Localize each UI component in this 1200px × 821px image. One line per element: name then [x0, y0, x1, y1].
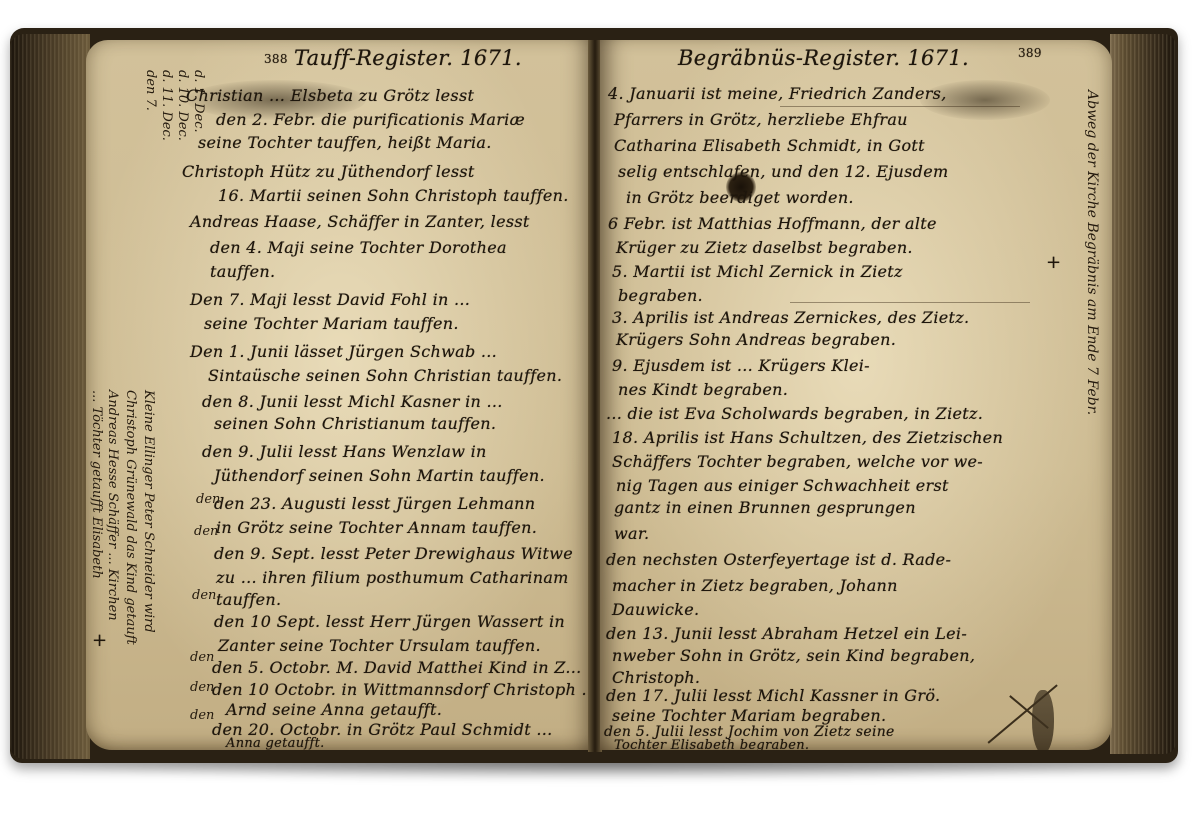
register-line: in Grötz seine Tochter Annam tauffen.: [216, 518, 537, 537]
register-line: den 8. Junii lesst Michl Kasner in ...: [202, 392, 503, 411]
faint-rule: [780, 106, 1020, 107]
register-line: war.: [614, 524, 649, 543]
margin-vertical-note: Andreas Hesse Schäffer ... Kirchen: [105, 390, 120, 621]
register-line: den 10 Octobr. in Wittmannsdorf Christop…: [212, 680, 594, 699]
stain-drip: [1032, 690, 1054, 750]
margin-date: den 7.: [143, 70, 158, 111]
register-line: Pfarrers in Grötz, herzliebe Ehfrau: [614, 110, 908, 129]
entry-prefix: den: [192, 588, 216, 603]
register-line: 16. Martii seinen Sohn Christoph tauffen…: [218, 186, 569, 205]
register-line: den 2. Febr. die purificationis Mariæ: [216, 110, 525, 129]
register-line: Catharina Elisabeth Schmidt, in Gott: [614, 136, 925, 155]
register-line: Dauwicke.: [612, 600, 699, 619]
register-line: den nechsten Osterfeyertage ist d. Rade-: [606, 550, 951, 569]
register-line: seine Tochter tauffen, heißt Maria.: [198, 133, 492, 152]
margin-cross: +: [1046, 252, 1061, 273]
register-line: selig entschlafen, und den 12. Ejusdem: [618, 162, 948, 181]
page-block-left-edge: [10, 34, 90, 759]
register-line: macher in Zietz begraben, Johann: [612, 576, 898, 595]
register-line: ... die ist Eva Scholwards begraben, in …: [606, 404, 983, 423]
margin-vertical-note: Kleine Ellinger Peter Schneider wird: [141, 390, 156, 633]
register-line: begraben.: [618, 286, 703, 305]
register-line: den 4. Maji seine Tochter Dorothea: [210, 238, 507, 257]
entry-prefix: den: [194, 524, 218, 539]
register-line: Christian ... Elsbeta zu Grötz lesst: [186, 86, 474, 105]
register-line: nweber Sohn in Grötz, sein Kind begraben…: [612, 646, 975, 665]
register-line: Den 7. Maji lesst David Fohl in ...: [190, 290, 470, 309]
register-line: Arnd seine Anna getaufft.: [226, 700, 442, 719]
register-line: 6 Febr. ist Matthias Hoffmann, der alte: [608, 214, 937, 233]
register-line: den 17. Julii lesst Michl Kassner in Grö…: [606, 686, 940, 705]
register-line: Den 1. Junii lässet Jürgen Schwab ...: [190, 342, 497, 361]
register-line: 5. Martii ist Michl Zernick in Zietz: [612, 262, 903, 281]
right-page: Begräbnüs-Register. 1671. 389 Abweg der …: [600, 40, 1112, 750]
register-line: 4. Januarii ist meine, Friedrich Zanders…: [608, 84, 947, 103]
margin-cross: +: [92, 630, 107, 651]
margin-date: d. 10. Dec.: [175, 70, 190, 141]
register-line: Sintaüsche seinen Sohn Christian tauffen…: [208, 366, 562, 385]
register-line: Schäffers Tochter begraben, welche vor w…: [612, 452, 983, 471]
register-line: den 13. Junii lesst Abraham Hetzel ein L…: [606, 624, 967, 643]
register-line: Christoph.: [612, 668, 700, 687]
register-line: Tochter Elisabeth begraben.: [614, 738, 809, 750]
page-number-right: 389: [1018, 46, 1042, 60]
register-line: 3. Aprilis ist Andreas Zernickes, des Zi…: [612, 308, 969, 327]
faint-rule: [790, 302, 1030, 303]
page-block-right-edge: [1110, 34, 1176, 754]
left-page-heading: Tauff-Register. 1671.: [294, 46, 522, 70]
register-line: tauffen.: [210, 262, 275, 281]
register-line: seine Tochter Mariam begraben.: [612, 706, 886, 725]
photo-scene: 388 Tauff-Register. 1671. d. 1. Dec. d. …: [0, 0, 1200, 821]
register-line: den 5. Octobr. M. David Matthei Kind in …: [212, 658, 582, 677]
register-line: zu ... ihren filium posthumum Catharinam: [216, 568, 569, 587]
register-line: den 23. Augusti lesst Jürgen Lehmann: [214, 494, 535, 513]
entry-prefix: den: [190, 680, 214, 695]
register-line: den 10 Sept. lesst Herr Jürgen Wassert i…: [214, 612, 565, 631]
register-line: Krügers Sohn Andreas begraben.: [616, 330, 896, 349]
register-line: Christoph Hütz zu Jüthendorf lesst: [182, 162, 475, 181]
register-line: Krüger zu Zietz daselbst begraben.: [616, 238, 913, 257]
left-page: 388 Tauff-Register. 1671. d. 1. Dec. d. …: [86, 40, 594, 750]
register-line: 9. Ejusdem ist ... Krügers Klei-: [612, 356, 870, 375]
margin-date: d. 11. Dec.: [159, 70, 174, 141]
register-line: Jüthendorf seinen Sohn Martin tauffen.: [214, 466, 545, 485]
register-line: nes Kindt begraben.: [618, 380, 788, 399]
register-line: Zanter seine Tochter Ursulam tauffen.: [218, 636, 541, 655]
margin-vertical-note: Abweg der Kirche Begräbnis am Ende 7 Feb…: [1084, 90, 1100, 415]
margin-vertical-note: ... Töchter getaufft Elisabeth: [89, 390, 104, 579]
register-line: den 9. Sept. lesst Peter Drewighaus Witw…: [214, 544, 573, 563]
register-line: in Grötz beerdiget worden.: [626, 188, 854, 207]
margin-vertical-note: Christoph Grünewald das Kind getauft: [123, 390, 138, 645]
register-line: seinen Sohn Christianum tauffen.: [214, 414, 496, 433]
right-page-heading: Begräbnüs-Register. 1671.: [678, 46, 969, 70]
register-line: seine Tochter Mariam tauffen.: [204, 314, 459, 333]
page-number-left: 388: [264, 52, 288, 66]
entry-prefix: den: [190, 650, 214, 665]
register-line: den 9. Julii lesst Hans Wenzlaw in: [202, 442, 487, 461]
register-line: nig Tagen aus einiger Schwachheit erst: [616, 476, 949, 495]
register-line: Anna getaufft.: [226, 736, 325, 750]
register-line: gantz in einen Brunnen gesprungen: [614, 498, 916, 517]
register-line: 18. Aprilis ist Hans Schultzen, des Ziet…: [612, 428, 1003, 447]
register-line: Andreas Haase, Schäffer in Zanter, lesst: [190, 212, 530, 231]
entry-prefix: den: [190, 708, 214, 723]
register-line: tauffen.: [216, 590, 281, 609]
